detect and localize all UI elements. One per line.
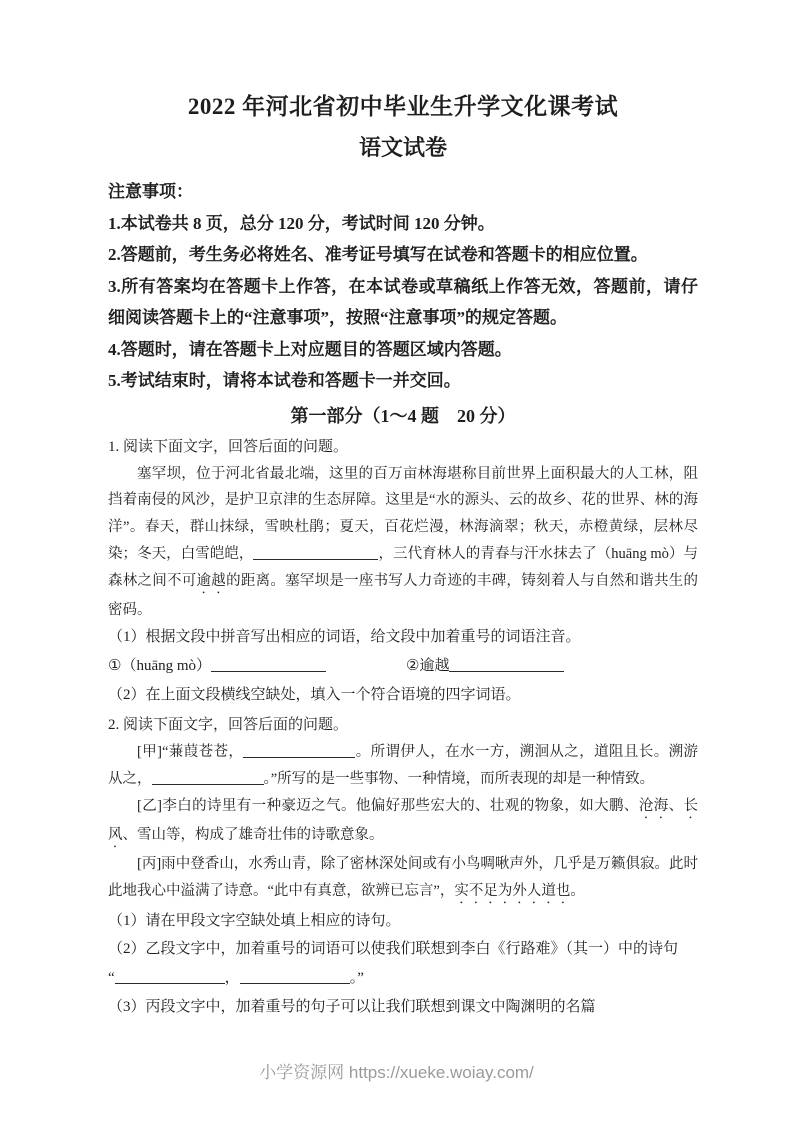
passage-text: [丙]雨中登香山，水秀山青，除了密林深处间或有小鸟啁啾声外，几乎是万籁俱寂。此时… [108, 856, 698, 899]
emphasized-sentence: 实不足为外人道也 [454, 883, 570, 899]
blank-line [243, 744, 355, 758]
note-item: 2.答题前，考生务必将姓名、准考证号填写在试卷和答题卡的相应位置。 [108, 239, 698, 271]
blank-line [152, 771, 264, 785]
passage-text: [乙]李白的诗里有一种豪迈之气。他偏好那些宏大的、壮观的物象，如大鹏、 [137, 798, 639, 814]
passage-text: 。 [570, 883, 585, 899]
question-1-stem: 1. 阅读下面文字，回答后面的问题。 [108, 433, 698, 461]
emphasized-word: 逾越 [197, 573, 227, 589]
question-2-passage-jia: [甲]“蒹葭苍苍，。所谓伊人，在水一方，溯洄从之，道阻且长。溯游从之，。”所写的… [108, 739, 698, 793]
question-2-quote-line: “，。” [108, 963, 698, 993]
note-item: 1.本试卷共 8 页，总分 120 分，考试时间 120 分钟。 [108, 208, 698, 240]
emphasized-word: 沧海 [639, 798, 669, 814]
note-item: 5.考试结束时，请将本试卷和答题卡一并交回。 [108, 365, 698, 397]
passage-text: 、 [669, 798, 684, 814]
question-2-passage-bing: [丙]雨中登香山，水秀山青，除了密林深处间或有小鸟啁啾声外，几乎是万籁俱寂。此时… [108, 851, 698, 907]
footer-watermark: 小学资源网 https://xueke.woiay.com/ [0, 1058, 793, 1083]
exam-notes: 注意事项： 1.本试卷共 8 页，总分 120 分，考试时间 120 分钟。 2… [108, 176, 698, 397]
answer-blank [211, 658, 326, 672]
blank-line [253, 546, 378, 560]
section-heading: 第一部分（1～4 题 20 分） [108, 401, 698, 431]
passage-text: [甲]“蒹葭苍苍， [137, 744, 243, 760]
paper-title: 2022 年河北省初中毕业生升学文化课考试 [108, 92, 698, 122]
question-1-sub-1: （1）根据文段中拼音写出相应的词语，给文段中加着重号的词语注音。 [108, 623, 698, 651]
paper-subtitle: 语文试卷 [108, 134, 698, 162]
question-2-sub-2: （2）乙段文字中，加着重号的词语可以使我们联想到李白《行路难》（其一）中的诗句 [108, 935, 698, 963]
quote-comma: ， [225, 970, 240, 986]
quote-close: 。” [350, 970, 364, 986]
passage-text: 、雪山等，构成了雄奇壮伟的诗歌意象。 [123, 827, 384, 843]
question-2-sub-3: （3）丙段文字中，加着重号的句子可以让我们联想到课文中陶渊明的名篇 [108, 993, 698, 1021]
notes-heading: 注意事项： [108, 176, 698, 208]
note-item: 4.答题时，请在答题卡上对应题目的答题区域内答题。 [108, 334, 698, 366]
question-1-sub-2: （2）在上面文段横线空缺处，填入一个符合语境的四字词语。 [108, 681, 698, 709]
question-2-stem: 2. 阅读下面文字，回答后面的问题。 [108, 711, 698, 739]
page-content: 2022 年河北省初中毕业生升学文化课考试 语文试卷 注意事项： 1.本试卷共 … [108, 0, 698, 1021]
question-1-passage: 塞罕坝，位于河北省最北端，这里的百万亩林海堪称目前世界上面积最大的人工林，阻挡着… [108, 461, 698, 624]
note-item: 3.所有答案均在答题卡上作答，在本试卷或草稿纸上作答无效，答题前，请仔细阅读答题… [108, 271, 698, 334]
answer-blank [115, 970, 225, 984]
exam-paper-page: 2022 年河北省初中毕业生升学文化课考试 语文试卷 注意事项： 1.本试卷共 … [0, 0, 793, 1122]
answer-blank [449, 658, 564, 672]
question-2-sub-1: （1）请在甲段文字空缺处填上相应的诗句。 [108, 907, 698, 935]
yuyue-answer-label: ②逾越 [406, 658, 449, 674]
question-1-answer-line: ①（huāng mò）②逾越 [108, 651, 698, 681]
passage-text: 。”所写的是一些事物、一种情境，而所表现的却是一种情致。 [264, 771, 655, 787]
question-2-passage-yi: [乙]李白的诗里有一种豪迈之气。他偏好那些宏大的、壮观的物象，如大鹏、沧海、长风… [108, 793, 698, 851]
quote-open: “ [108, 970, 115, 986]
pinyin-answer-label: ①（huāng mò） [108, 658, 211, 674]
answer-blank [240, 970, 350, 984]
